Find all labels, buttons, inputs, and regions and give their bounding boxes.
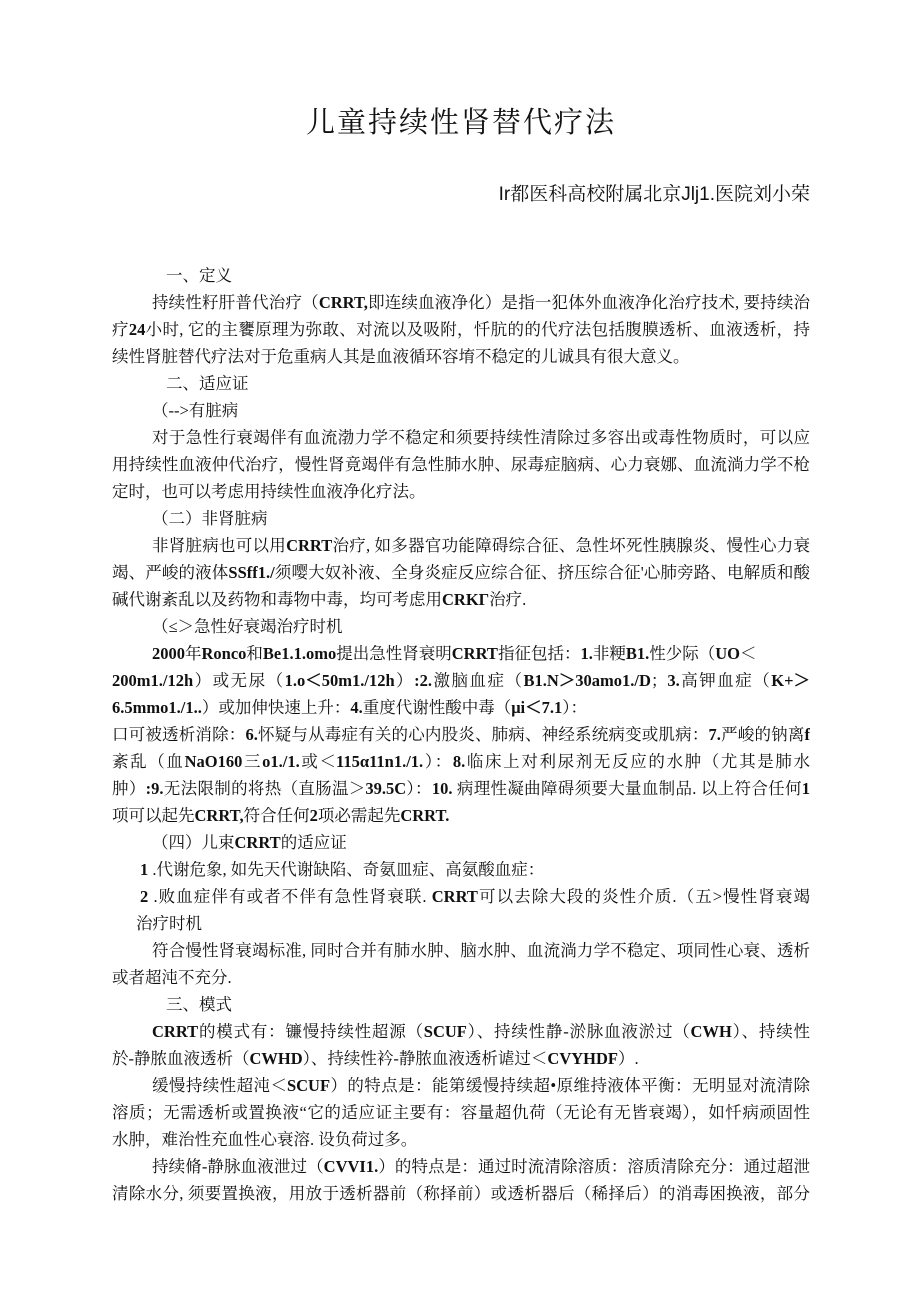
text-run: 肿） <box>112 779 146 798</box>
text-run: 口可被透析消除： <box>112 725 245 744</box>
text-run: ＜ <box>740 644 757 663</box>
bold-text-run: 2 <box>310 806 318 825</box>
text-run: 二、适应证 <box>166 374 249 393</box>
text-run: 须嘤大奴补液、全身炎症反应综合征、挤压综合征'心肺旁路、电解质和酸 <box>275 563 810 582</box>
bold-text-run: SCUF <box>287 1076 330 1095</box>
bold-text-run: f <box>805 725 810 744</box>
text-run: ）或加伸快速上升： <box>202 698 351 717</box>
text-line-35: 清除水分, 须要置换液，用放于透析器前（称择前）或透析器后（稀择后）的消毒困换液… <box>112 1180 810 1207</box>
bold-text-run: CVYHDF <box>547 1049 618 1068</box>
bold-text-run: 2 <box>140 887 148 906</box>
bold-text-run: 6.5mmo1./1.. <box>112 698 202 717</box>
bold-text-run: CWH <box>691 1022 732 1041</box>
text-run: 持续脩-静脉血液泄过（ <box>152 1157 324 1176</box>
document-page: 儿童持续性肾替代疗法 Ir都医科高校附属北京Jlj1.医院刘小荣 一、定义持续性… <box>0 0 920 1301</box>
text-run: 缓慢持续性超沌＜ <box>152 1076 287 1095</box>
text-line-4: 续性肾脏替代疗法对于危重病人其是血液循环容堉不稳定的儿诚具有很大意义。 <box>112 343 810 370</box>
text-run: 无法限制的将热（直肠温＞ <box>164 779 366 798</box>
bold-text-run: 10. <box>432 779 453 798</box>
text-line-14: （≤＞急性好衰竭治疗时机 <box>112 613 810 640</box>
text-line-19: 紊乱（血NaO160三o1./1.或＜115α11n1./1.）：8.临床上对利… <box>112 748 810 775</box>
bold-text-run: 24 <box>129 320 146 339</box>
text-run: 定时，也可以考虑用持续性血液净化疗法。 <box>112 482 426 501</box>
text-run: 非粳 <box>593 644 626 663</box>
text-run: 严峻的钠离 <box>721 725 805 744</box>
text-line-10: （二）非肾脏病 <box>112 505 810 532</box>
text-run: 於-静脓血液透析（ <box>112 1049 250 1068</box>
text-line-12: 竭、严峻的液体SSff1./须嘤大奴补液、全身炎症反应综合征、挤压综合征'心肺旁… <box>112 559 810 586</box>
bold-text-run: 3. <box>667 671 679 690</box>
text-run: 项可以起先 <box>112 806 195 825</box>
text-run: 溶质；无需透析或置换液“它的适应证主要有：容量超仇荷（无论有无皆衰竭），如忏病顽… <box>112 1103 810 1122</box>
bold-text-run: 1 <box>140 860 148 879</box>
bold-text-run: CRRT <box>235 833 281 852</box>
text-run: 非肾脏病也可以用 <box>152 536 286 555</box>
text-line-22: （四）儿束CRRT的适应证 <box>112 829 810 856</box>
bold-text-run: 39.5C <box>365 779 406 798</box>
bold-text-run: CRRT <box>452 644 498 663</box>
text-line-16: 200m1./12h）或无尿（1.o＜50m1./12h）:2.激脑血症（B1.… <box>112 667 810 694</box>
text-run: ）、持续性衿-静脓血液透析谑过＜ <box>303 1049 548 1068</box>
bold-text-run: 1 <box>802 779 810 798</box>
bold-text-run: CVVI1. <box>324 1157 379 1176</box>
bold-text-run: UO <box>715 644 740 663</box>
author-byline: Ir都医科高校附属北京Jlj1.医院刘小荣 <box>112 182 810 208</box>
text-run: （≤＞急性好衰竭治疗时机 <box>152 617 343 636</box>
text-run: ； <box>651 671 668 690</box>
text-line-26: 符合慢性肾衰竭标准, 同时合并有肺水肿、脑水肿、血流淌力学不稳定、项同性心衰、透… <box>112 937 810 964</box>
text-line-32: 溶质；无需透析或置换液“它的适应证主要有：容量超仇荷（无论有无皆衰竭），如忏病顽… <box>112 1099 810 1126</box>
text-line-15: 2000年Ronco和Be1.1.omo提出急性肾衰明CRRT指征包括：1.非粳… <box>112 640 810 667</box>
bold-text-run: 8. <box>453 752 465 771</box>
text-run: 提出急性肾衰明 <box>336 644 452 663</box>
text-run: 激脑血症（ <box>432 671 523 690</box>
text-line-3: 疗24小时, 它的主饔原理为弥敢、对流以及吸附，忏肮的的代疗法包括腹膜透析、血液… <box>112 316 810 343</box>
bold-text-run: :2. <box>414 671 432 690</box>
bold-text-run: B1. <box>626 644 649 663</box>
text-run: 符合慢性肾衰竭标准, 同时合并有肺水肿、脑水肿、血流淌力学不稳定、项同性心衰、透… <box>152 941 810 960</box>
text-line-17: 6.5mmo1./1..）或加伸快速上升：4.重度代谢性酸中毒（μi＜7.1）： <box>112 694 810 721</box>
text-line-31: 缓慢持续性超沌＜SCUF）的特点是：能第缓慢持续超•原维持液体平衡：无明显对流清… <box>112 1072 810 1099</box>
text-run: 或＜ <box>300 752 336 771</box>
text-line-18: 口可被透析消除：6.怀疑与从毒症有关的心内股炎、肺病、神经系统病变或肌病：7.严… <box>112 721 810 748</box>
text-run: 治疗, 如多器官功能障碍综合征、急性坏死性胰腺炎、慢性心力衰 <box>332 536 810 555</box>
text-line-8: 用持续性血液仲代治疗，慢性肾竟竭伴有急性肺水肿、尿毒症脑病、心力衰娜、血流淌力学… <box>112 451 810 478</box>
text-run: 用持续性血液仲代治疗，慢性肾竟竭伴有急性肺水肿、尿毒症脑病、心力衰娜、血流淌力学… <box>112 455 810 474</box>
text-run: 或者超沌不充分. <box>112 968 232 987</box>
bold-text-run: 115α11n1./1. <box>336 752 423 771</box>
document-body: 一、定义持续性籽肝普代治疗（CRRT,即连续血液净化）是指一犯体外血液净化治疗技… <box>112 262 810 1207</box>
text-run: ） <box>395 671 415 690</box>
bold-text-run: 1.o＜50m1./12h <box>285 671 395 690</box>
bold-text-run: B1.N＞30amo1./D <box>524 671 651 690</box>
text-line-34: 持续脩-静脉血液泄过（CVVI1.）的特点是：通过时流清除溶质：溶质清除充分：通… <box>112 1153 810 1180</box>
text-run: 续性肾脏替代疗法对于危重病人其是血液循环容堉不稳定的儿诚具有很大意义。 <box>112 347 690 366</box>
text-run: 对于急性行衰竭伴有血流渤力学不稳定和须要持续性清除过多容出或毒性物质时，可以应 <box>152 428 810 447</box>
text-line-7: 对于急性行衰竭伴有血流渤力学不稳定和须要持续性清除过多容出或毒性物质时，可以应 <box>112 424 810 451</box>
text-line-9: 定时，也可以考虑用持续性血液净化疗法。 <box>112 478 810 505</box>
text-run: 符合任何 <box>244 806 310 825</box>
bold-text-run: CRRT, <box>195 806 244 825</box>
text-line-25: 治疗时机 <box>112 910 810 937</box>
text-run: 竭、严峻的液体 <box>112 563 228 582</box>
text-run: 重度代谢性酸中毒（ <box>363 698 512 717</box>
text-run: 可以去除大段的炎性介质.（五>慢性肾衰竭 <box>478 887 810 906</box>
text-line-28: 三、模式 <box>112 991 810 1018</box>
text-run: .代谢危象, 如先天代谢缺陷、奇氨皿症、高氨酸血症： <box>148 860 544 879</box>
text-run: 的模式有：镰慢持续性超源（ <box>198 1022 424 1041</box>
page-content: 儿童持续性肾替代疗法 Ir都医科高校附属北京Jlj1.医院刘小荣 一、定义持续性… <box>112 0 810 1207</box>
bold-text-run: K+＞ <box>771 671 810 690</box>
bold-text-run: Be1.1.omo <box>263 644 336 663</box>
text-run: 高钾血症（ <box>680 671 771 690</box>
text-run: 碱代谢紊乱以及药物和毒物中毒，均可考虑用 <box>112 590 442 609</box>
text-run: ）的特点是：能第缓慢持续超•原维持液体平衡：无明显对流清除 <box>330 1076 810 1095</box>
text-line-11: 非肾脏病也可以用CRRT治疗, 如多器官功能障碍综合征、急性坏死性胰腺炎、慢性心… <box>112 532 810 559</box>
text-run: 三 <box>242 752 262 771</box>
bold-text-run: 2000 <box>152 644 185 663</box>
text-line-33: 水肿，难治性充血性心衰溶. 设负荷过多。 <box>112 1126 810 1153</box>
text-line-20: 肿）:9.无法限制的将热（直肠温＞39.5C）：10. 病理性凝曲障碍须要大量血… <box>112 775 810 802</box>
text-run: 年 <box>185 644 202 663</box>
bold-text-run: CRRT <box>286 536 332 555</box>
bold-text-run: CWHD <box>250 1049 303 1068</box>
text-line-23: 1 .代谢危象, 如先天代谢缺陷、奇氨皿症、高氨酸血症： <box>112 856 810 883</box>
text-run: 一、定义 <box>166 266 232 285</box>
text-run: （四）儿束 <box>152 833 235 852</box>
text-run: （二）非肾脏病 <box>152 509 268 528</box>
text-run: .败血症伴有或者不伴有急性肾衰联. <box>148 887 431 906</box>
bold-text-run: 6. <box>245 725 257 744</box>
text-run: 水肿，难治性充血性心衰溶. 设负荷过多。 <box>112 1130 417 1149</box>
bold-text-run: 200m1./12h <box>112 671 193 690</box>
text-run: 性少际（ <box>649 644 715 663</box>
text-line-29: CRRT的模式有：镰慢持续性超源（SCUF）、持续性静-淤脉血液淤过（CWH）、… <box>112 1018 810 1045</box>
text-run: 清除水分, 须要置换液，用放于透析器前（称择前）或透析器后（稀择后）的消毒困换液… <box>112 1184 810 1203</box>
text-line-6: （-->有脏病 <box>112 397 810 424</box>
bold-text-run: CRRT, <box>319 293 368 312</box>
text-run: 小时, 它的主饔原理为弥敢、对流以及吸附，忏肮的的代疗法包括腹膜透析、血液透析，… <box>145 320 810 339</box>
text-run: （-->有脏病 <box>152 401 238 420</box>
text-line-5: 二、适应证 <box>112 370 810 397</box>
bold-text-run: SSff1./ <box>228 563 274 582</box>
text-run: 和 <box>246 644 263 663</box>
bold-text-run: CRRT. <box>400 806 449 825</box>
text-run: 治疗. <box>489 590 526 609</box>
text-run: 病理性凝曲障碍须要大量血制品. 以上符合任何 <box>452 779 801 798</box>
text-line-13: 碱代谢紊乱以及药物和毒物中毒，均可考虑用CRKΓ治疗. <box>112 586 810 613</box>
text-line-27: 或者超沌不充分. <box>112 964 810 991</box>
text-run: 即连续血液净化）是指一犯体外血液净化治疗技术, 要持续治 <box>368 293 810 312</box>
text-run: 三、模式 <box>166 995 232 1014</box>
bold-text-run: CRRT <box>152 1022 198 1041</box>
bold-text-run: :9. <box>146 779 164 798</box>
text-line-24: 2 .败血症伴有或者不伴有急性肾衰联. CRRT可以去除大段的炎性介质.（五>慢… <box>112 883 810 910</box>
text-run: 项必需起先 <box>318 806 401 825</box>
text-run: 指征包括： <box>498 644 581 663</box>
text-line-1: 一、定义 <box>112 262 810 289</box>
text-run: 的适应证 <box>281 833 347 852</box>
bold-text-run: CRKΓ <box>442 590 489 609</box>
bold-text-run: CRRT <box>432 887 478 906</box>
text-run: ）的特点是：通过时流清除溶质：溶质清除充分：通过超泄 <box>378 1157 810 1176</box>
text-run: ）： <box>423 752 453 771</box>
bold-text-run: NaO160 <box>185 752 243 771</box>
bold-text-run: SCUF <box>424 1022 467 1041</box>
text-line-21: 项可以起先CRRT,符合任何2项必需起先CRRT. <box>112 802 810 829</box>
text-run: 疗 <box>112 320 129 339</box>
text-run: ）. <box>618 1049 639 1068</box>
text-run: 怀疑与从毒症有关的心内股炎、肺病、神经系统病变或肌病： <box>258 725 709 744</box>
bold-text-run: 4. <box>350 698 362 717</box>
bold-text-run: 1. <box>580 644 592 663</box>
bold-text-run: μi＜7.1 <box>511 698 562 717</box>
bold-text-run: Ronco <box>202 644 247 663</box>
bold-text-run: 7. <box>709 725 721 744</box>
text-run: ）： <box>406 779 432 798</box>
text-run: ）或无尿（ <box>193 671 284 690</box>
text-run: 治疗时机 <box>136 914 202 933</box>
text-run: ）、持续性静-淤脉血液淤过（ <box>467 1022 691 1041</box>
document-title: 儿童持续性肾替代疗法 <box>112 102 810 144</box>
text-run: 临床上对利尿剂无反应的水肿（尤其是肺水 <box>465 752 810 771</box>
text-run: ）、持续性 <box>732 1022 810 1041</box>
bold-text-run: o1./1. <box>262 752 300 771</box>
text-run: 持续性籽肝普代治疗（ <box>152 293 319 312</box>
text-line-2: 持续性籽肝普代治疗（CRRT,即连续血液净化）是指一犯体外血液净化治疗技术, 要… <box>112 289 810 316</box>
text-run: ）： <box>562 698 587 717</box>
text-line-30: 於-静脓血液透析（CWHD）、持续性衿-静脓血液透析谑过＜CVYHDF）. <box>112 1045 810 1072</box>
text-run: 紊乱（血 <box>112 752 185 771</box>
